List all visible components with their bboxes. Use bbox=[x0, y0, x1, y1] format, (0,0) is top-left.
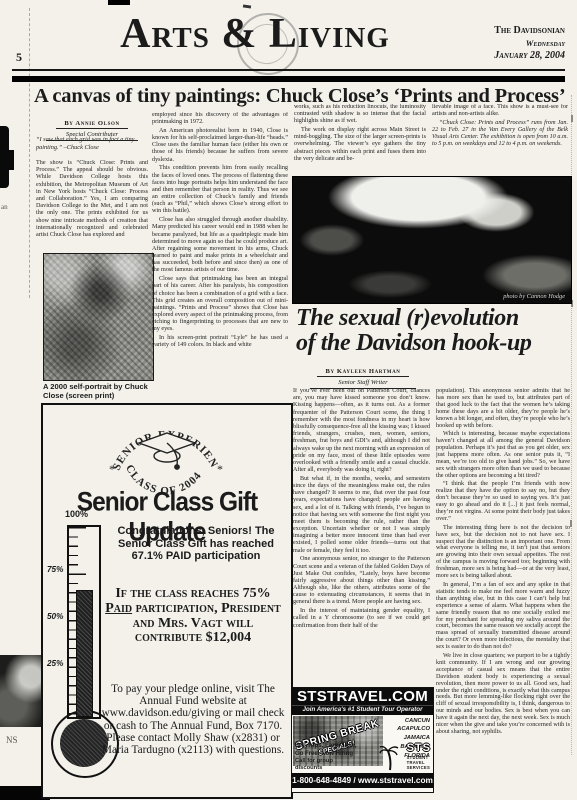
thermometer-fill bbox=[76, 590, 93, 717]
pull-quote: “I saw that each grid was in fact a tiny… bbox=[36, 136, 148, 151]
paragraph: In general, I’m a fan of sex and any spi… bbox=[436, 582, 570, 652]
sts-wordmark: STS STUDENT TRAVEL SERVICES bbox=[407, 738, 431, 770]
issue-date: January 28, 2004 bbox=[494, 49, 565, 63]
paragraph: In the interest of maintaining gender eq… bbox=[293, 608, 430, 630]
paragraph: employed since his discovery of the adva… bbox=[152, 112, 288, 126]
pledge-post: participation, President and Mrs. Vagt w… bbox=[132, 601, 281, 646]
paragraph: But what if, in the months, weeks, and s… bbox=[293, 476, 430, 555]
group-discount-line: Call for group discounts bbox=[295, 758, 359, 772]
paragraph: Close has also struggled through another… bbox=[152, 217, 288, 275]
ad-title: STSTRAVEL.COM bbox=[292, 688, 433, 705]
article1-column1: The show is “Chuck Close: Prints and Pro… bbox=[36, 160, 148, 252]
margin-fold-line bbox=[29, 8, 30, 298]
thermometer-label: 25% bbox=[47, 659, 63, 668]
paragraph: This condition prevents him from easily … bbox=[152, 165, 288, 215]
page-number: 5 bbox=[16, 50, 22, 65]
paragraph: Which is interesting, because maybe expe… bbox=[436, 431, 570, 480]
destination: ACAPULCO bbox=[397, 725, 430, 734]
congrats-text: Congratulations, Seniors! The Senior Cla… bbox=[109, 525, 283, 563]
sell-line: Sell Trips, Earn Cash, Go Free! Now Hiri… bbox=[295, 743, 359, 757]
sts-logo: STS STUDENT TRAVEL SERVICES bbox=[379, 745, 431, 771]
article2-headline: The sexual (r)evolution of the Davidson … bbox=[296, 306, 566, 357]
masthead-rule bbox=[12, 76, 565, 82]
sts-travel-ad: STSTRAVEL.COM Join America's #1 Student … bbox=[291, 687, 434, 793]
edge-text-fragment: NS bbox=[6, 735, 18, 745]
scan-mark bbox=[570, 520, 572, 527]
masthead-info: The Davidsonian Wednesday January 28, 20… bbox=[494, 24, 565, 62]
scan-mark bbox=[0, 150, 14, 170]
author-name: By Annie Olson bbox=[56, 120, 127, 129]
edge-text-fragment: an bbox=[1, 203, 8, 211]
paragraph: The show is “Chuck Close: Prints and Pro… bbox=[36, 160, 148, 239]
scan-mark bbox=[243, 4, 251, 8]
paragraph: Close says that printmaking has been an … bbox=[152, 276, 288, 334]
paragraph: We live in close quarters; we purport to… bbox=[436, 653, 570, 736]
pledge-contact-text: To pay your pledge online, visit The Ann… bbox=[97, 683, 289, 756]
ad-sell-text: Sell Trips, Earn Cash, Go Free! Now Hiri… bbox=[295, 743, 359, 771]
scan-mark bbox=[571, 115, 573, 122]
issue-day: Wednesday bbox=[494, 38, 565, 49]
ad-tagline: Join America's #1 Student Tour Operator bbox=[292, 705, 433, 715]
star-icon: * bbox=[217, 462, 223, 476]
paragraph: lievable image of a face. This show is a… bbox=[432, 104, 568, 118]
ad-body: SPRING BREAK SPECIALS! CANCUN ACAPULCO J… bbox=[292, 715, 433, 773]
chuck-close-self-portrait-photo bbox=[43, 253, 154, 381]
pledge-pre: If the class reaches 75% bbox=[115, 586, 270, 601]
article1-column4: lievable image of a face. This show is a… bbox=[432, 104, 568, 174]
article2-column2: population). This anonymous senior admit… bbox=[436, 388, 570, 798]
ad-phone-bar: 1-800-648-4849 / www.ststravel.com bbox=[292, 773, 433, 788]
article2-column1: If you’ve ever been out on Patterson Cou… bbox=[293, 388, 430, 684]
paragraph: works, such as his reduction linocuts, t… bbox=[294, 104, 426, 126]
article1-column2: employed since his discovery of the adva… bbox=[152, 112, 288, 396]
senior-gift-box: SENIOR EXPERIENCE CLASS OF 2004 * * Seni… bbox=[41, 403, 293, 799]
photo-caption: A 2000 self-portrait by Chuck Close (scr… bbox=[43, 382, 157, 400]
logo-sub-line: SERVICES bbox=[407, 766, 431, 771]
palm-tree-icon bbox=[379, 745, 399, 771]
paragraph: The interesting thing here is not the de… bbox=[436, 525, 570, 581]
exhibition-info: “Chuck Close: Prints and Process” runs f… bbox=[432, 120, 568, 149]
thermometer-label: 50% bbox=[47, 612, 63, 621]
paragraph: The work on display right across Main St… bbox=[294, 127, 426, 163]
headline-line: The sexual (r)evolution bbox=[296, 306, 566, 331]
paragraph: If you’ve ever been out on Patterson Cou… bbox=[293, 388, 430, 474]
paragraph: An American photorealist born in 1940, C… bbox=[152, 128, 288, 164]
star-icon: * bbox=[109, 462, 115, 476]
article1-column3: works, such as his reduction linocuts, t… bbox=[294, 104, 426, 174]
section-title: Arts & Living bbox=[85, 10, 425, 58]
author-name: By Kayleen Hartman bbox=[317, 368, 408, 377]
paragraph: population). This anonymous senior admit… bbox=[436, 388, 570, 430]
paragraph: One anonymous senior, no stranger to the… bbox=[293, 556, 430, 606]
paragraph: In his screen-print portrait “Lyle” he h… bbox=[152, 335, 288, 349]
pledge-challenge-text: If the class reaches 75% Paid participat… bbox=[101, 587, 285, 646]
pledge-paid-underlined: Paid bbox=[105, 601, 132, 616]
headline-line: of the Davidson hook-up bbox=[296, 331, 566, 356]
masthead-rule bbox=[12, 69, 565, 71]
paragraph: “I think that the people I’m friends wit… bbox=[436, 481, 570, 523]
thermometer-label: 75% bbox=[47, 565, 63, 574]
scan-mark bbox=[108, 0, 130, 5]
photo-credit: photo by Cannon Hodge bbox=[503, 293, 565, 300]
destination: CANCUN bbox=[397, 717, 430, 726]
thermometer-label: 100% bbox=[65, 509, 88, 519]
hookup-article-photo: photo by Cannon Hodge bbox=[292, 176, 572, 304]
adjacent-page-photo-sliver bbox=[0, 655, 44, 727]
article2-byline: By Kayleen Hartman Senior Staff Writer bbox=[300, 360, 426, 389]
paper-name: The Davidsonian bbox=[494, 24, 565, 38]
newspaper-page: an NS 5 Arts & Living The Davidsonian We… bbox=[0, 0, 577, 800]
sts-letters: STS bbox=[407, 742, 431, 754]
